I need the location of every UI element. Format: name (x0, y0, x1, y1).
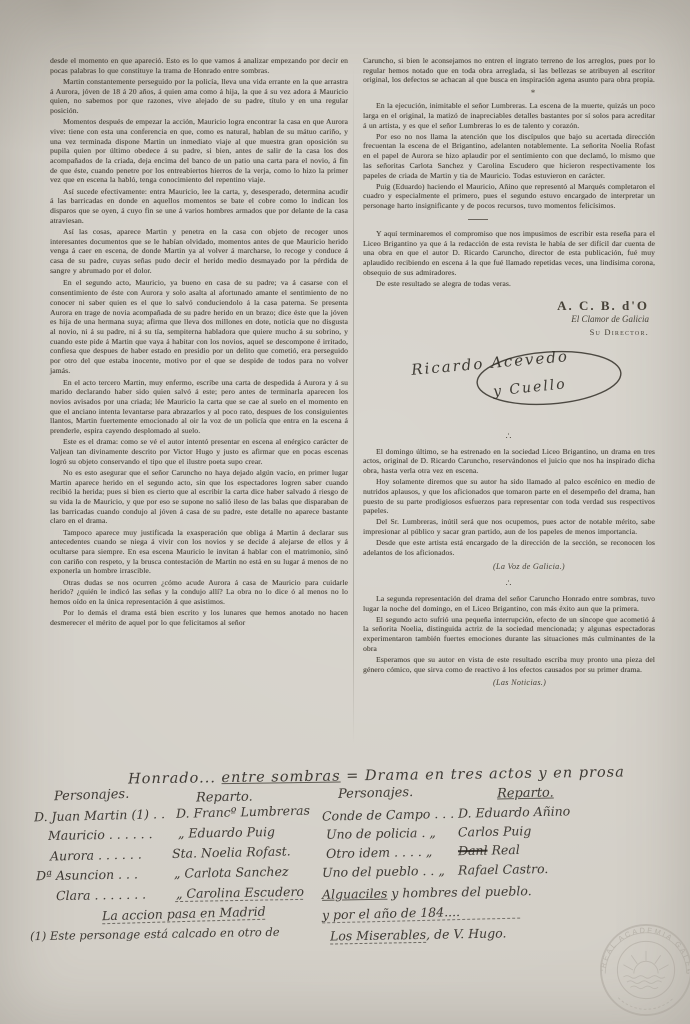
cast-row: D. Juan Martin (1) . . D. Francº Lumbrer… (34, 803, 310, 825)
byline-initials: A. C. B. d'O (363, 298, 649, 313)
footnote-rest: , de V. Hugo. (426, 925, 507, 941)
cast-header-personajes: Personajes. (54, 787, 130, 805)
handwritten-equals: = (346, 768, 359, 784)
cast-actor-struck: Danl (458, 843, 488, 859)
signature-block: Ricardo Acevedo y Cuello (363, 340, 655, 424)
cast-header-personajes: Personajes. (338, 785, 414, 802)
asterism-separator: ∴ (363, 578, 655, 589)
printed-paragraph: Caruncho, si bien le aconsejamos no entr… (363, 56, 655, 85)
cast-row: Mauricio . . . . . . „ Eduardo Puig (48, 824, 275, 843)
byline-block: A. C. B. d'O El Clamor de Galicia Su Dir… (363, 298, 655, 338)
cast-role: Aurora . . . . . . (50, 846, 168, 863)
printed-paragraph: Por eso no nos llama la atención que los… (363, 132, 655, 181)
cast-role: Otro idem . . . . „ (326, 843, 454, 861)
printed-paragraph: Del Sr. Lumbreras, inútil será que nos o… (363, 517, 655, 536)
stamp-arc-text: REAL ACADEMIA GALEGA (594, 918, 690, 977)
asterism-separator: ∴ (363, 431, 655, 442)
stamp-side-ornament-left: • (601, 969, 603, 975)
cast-actor: „ Carlota Sanchez (174, 864, 289, 881)
cast-actor: „ Eduardo Puig (178, 824, 275, 841)
handwritten-title-underlined: entre sombras (221, 769, 340, 787)
printed-paragraph: En la ejecución, inimitable el señor Lum… (363, 101, 655, 130)
printed-column-right: Caruncho, si bien le aconsejamos no entr… (363, 56, 655, 690)
press-credit: (Las Noticias.) (493, 678, 655, 687)
cast-row: Otro idem . . . . „ Danl Real (326, 842, 520, 861)
printed-paragraph: Hoy solamente diremos que su autor ha si… (363, 477, 655, 516)
cast-row: Uno de policia . „ Carlos Puig (326, 823, 532, 842)
svg-text:REAL ACADEMIA GALEGA: REAL ACADEMIA GALEGA (594, 918, 690, 977)
handwritten-title-part: Drama en tres actos y en prosa (365, 765, 625, 785)
printed-paragraph: Y aquí terminaremos el compromiso que no… (363, 229, 655, 278)
cast-role: D. Juan Martin (1) . . (34, 806, 172, 824)
cast-role: Conde de Campo . . . (322, 806, 454, 824)
printed-paragraph: Así las cosas, aparece Martin y penetra … (50, 227, 348, 276)
printed-paragraph: Así sucede efectivamente: entra Mauricio… (50, 187, 348, 226)
byline-role: Su Director. (363, 326, 649, 338)
printed-paragraph: Este es el drama: como se vé el autor in… (50, 437, 348, 466)
scanned-page: desde el momento en que apareció. Esto e… (0, 0, 690, 1024)
footnote-continuation: Los Miserables, de V. Hugo. (330, 925, 507, 943)
extras-rest: y hombres del pueblo. (387, 883, 532, 901)
cast-role: Mauricio . . . . . . (48, 826, 174, 843)
printed-paragraph: Martin constantemente perseguido por la … (50, 77, 348, 116)
printed-paragraph: La segunda representación del drama del … (363, 594, 655, 613)
printed-column-left: desde el momento en que apareció. Esto e… (50, 56, 348, 629)
printed-paragraph: Desde que este artista está encargado de… (363, 538, 655, 557)
cast-actor: „ Carolina Escudero (176, 884, 304, 901)
handwritten-footnote: (1) Este personage está calcado en otro … (30, 925, 280, 943)
cast-actor: Sta. Noelia Rofast. (172, 843, 291, 860)
handwritten-title-part: Honrado... (128, 770, 216, 787)
cast-row: Aurora . . . . . . Sta. Noelia Rofast. (50, 843, 291, 863)
extras-underlined: Alguaciles (322, 886, 388, 902)
cast-row: Uno del pueblo . . „ Rafael Castro. (322, 861, 549, 880)
cast-role: Uno del pueblo . . „ (322, 863, 454, 880)
press-credit: (La Voz de Galicia.) (493, 562, 655, 571)
printed-paragraph: Momentos después de empezar la acción, M… (50, 117, 348, 185)
footnote-work-title: Los Miserables (330, 927, 426, 944)
cast-header-reparto: Reparto. (196, 790, 253, 806)
cast-actor: D. Francº Lumbreras (176, 803, 310, 821)
printed-paragraph: Puig (Eduardo) haciendo el Mauricio, Añi… (363, 182, 655, 211)
stamp-side-ornament-right: • (688, 969, 690, 975)
printed-paragraph: Por lo demás el drama está bien escrito … (50, 608, 348, 627)
cast-header-reparto: Reparto. (497, 786, 554, 802)
cast-row: Clara . . . . . . . „ Carolina Escudero (56, 884, 304, 903)
cast-row: Dª Asuncion . . . „ Carlota Sanchez (36, 864, 289, 883)
cast-role: Dª Asuncion . . . (36, 866, 170, 883)
printed-paragraph: Tampoco aparece muy justificada la exasp… (50, 528, 348, 577)
cast-actor: D. Eduardo Añino (458, 803, 571, 820)
printed-paragraph: Otras dudas se nos ocurren ¿cómo acude A… (50, 578, 348, 607)
cast-role: Uno de policia . „ (326, 825, 454, 842)
printed-paragraph: En el segundo acto, Mauricio, ya bueno e… (50, 278, 348, 375)
cast-row: Conde de Campo . . . D. Eduardo Añino (322, 803, 571, 823)
printed-paragraph: El domingo último, se ha estrenado en la… (363, 447, 655, 476)
extras-line: Alguaciles y hombres del pueblo. (322, 883, 532, 902)
academia-stamp: REAL ACADEMIA GALEGA • • (594, 918, 690, 1022)
action-line: La accion pasa en Madrid (102, 904, 266, 924)
printed-paragraph: No es esto asegurar que el señor Carunch… (50, 468, 348, 526)
cast-role: Clara . . . . . . . (56, 886, 172, 903)
handwritten-title: Honrado... entre sombras = Drama en tres… (128, 765, 625, 788)
printed-paragraph: El segundo acto sufrió una pequeña inter… (363, 615, 655, 654)
column-divider (353, 64, 354, 744)
cast-actor: Carlos Puig (458, 823, 532, 839)
dash-separator (468, 219, 488, 220)
star-separator: * (513, 88, 553, 98)
printed-paragraph: desde el momento en que apareció. Esto e… (50, 56, 348, 75)
printed-paragraph: Esperamos que su autor en vista de este … (363, 655, 655, 674)
year-line: y por el año de 184.... (322, 903, 520, 924)
byline-publication: El Clamor de Galicia (363, 313, 649, 326)
cast-actor: Real (491, 842, 520, 858)
cast-actor: Rafael Castro. (458, 861, 549, 878)
printed-paragraph: De este resultado se alegra de todas ver… (363, 279, 655, 289)
printed-paragraph: En el acto tercero Martin, muy enfermo, … (50, 378, 348, 436)
